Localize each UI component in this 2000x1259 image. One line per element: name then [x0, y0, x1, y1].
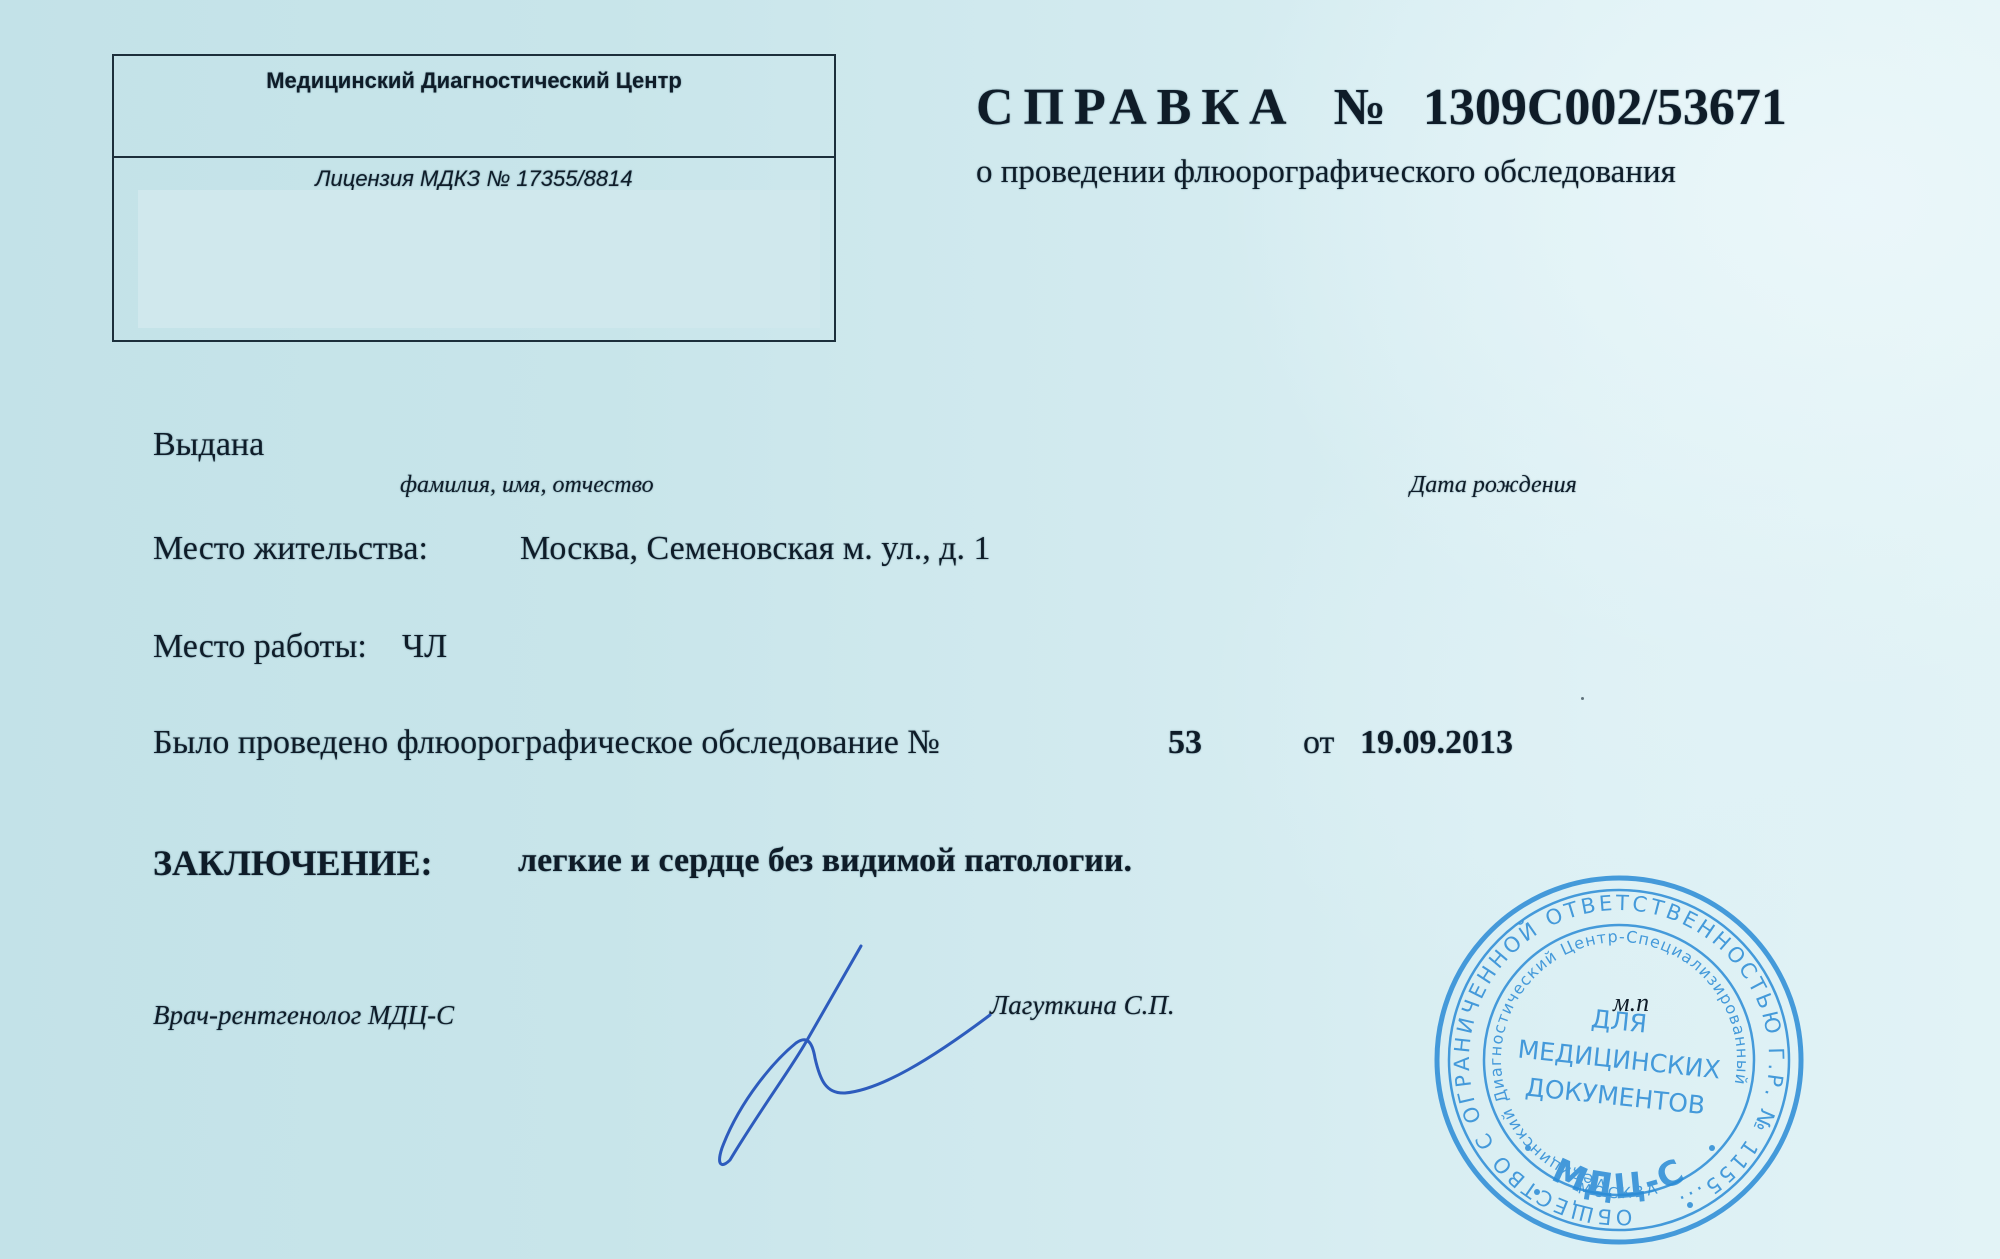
stamp-icon: ОБЩЕСТВО С ОГРАНИЧЕННОЙ ОТВЕТСТВЕННОСТЬЮ… [0, 0, 2000, 1259]
seal-place-mark: м.п [1613, 988, 1649, 1018]
